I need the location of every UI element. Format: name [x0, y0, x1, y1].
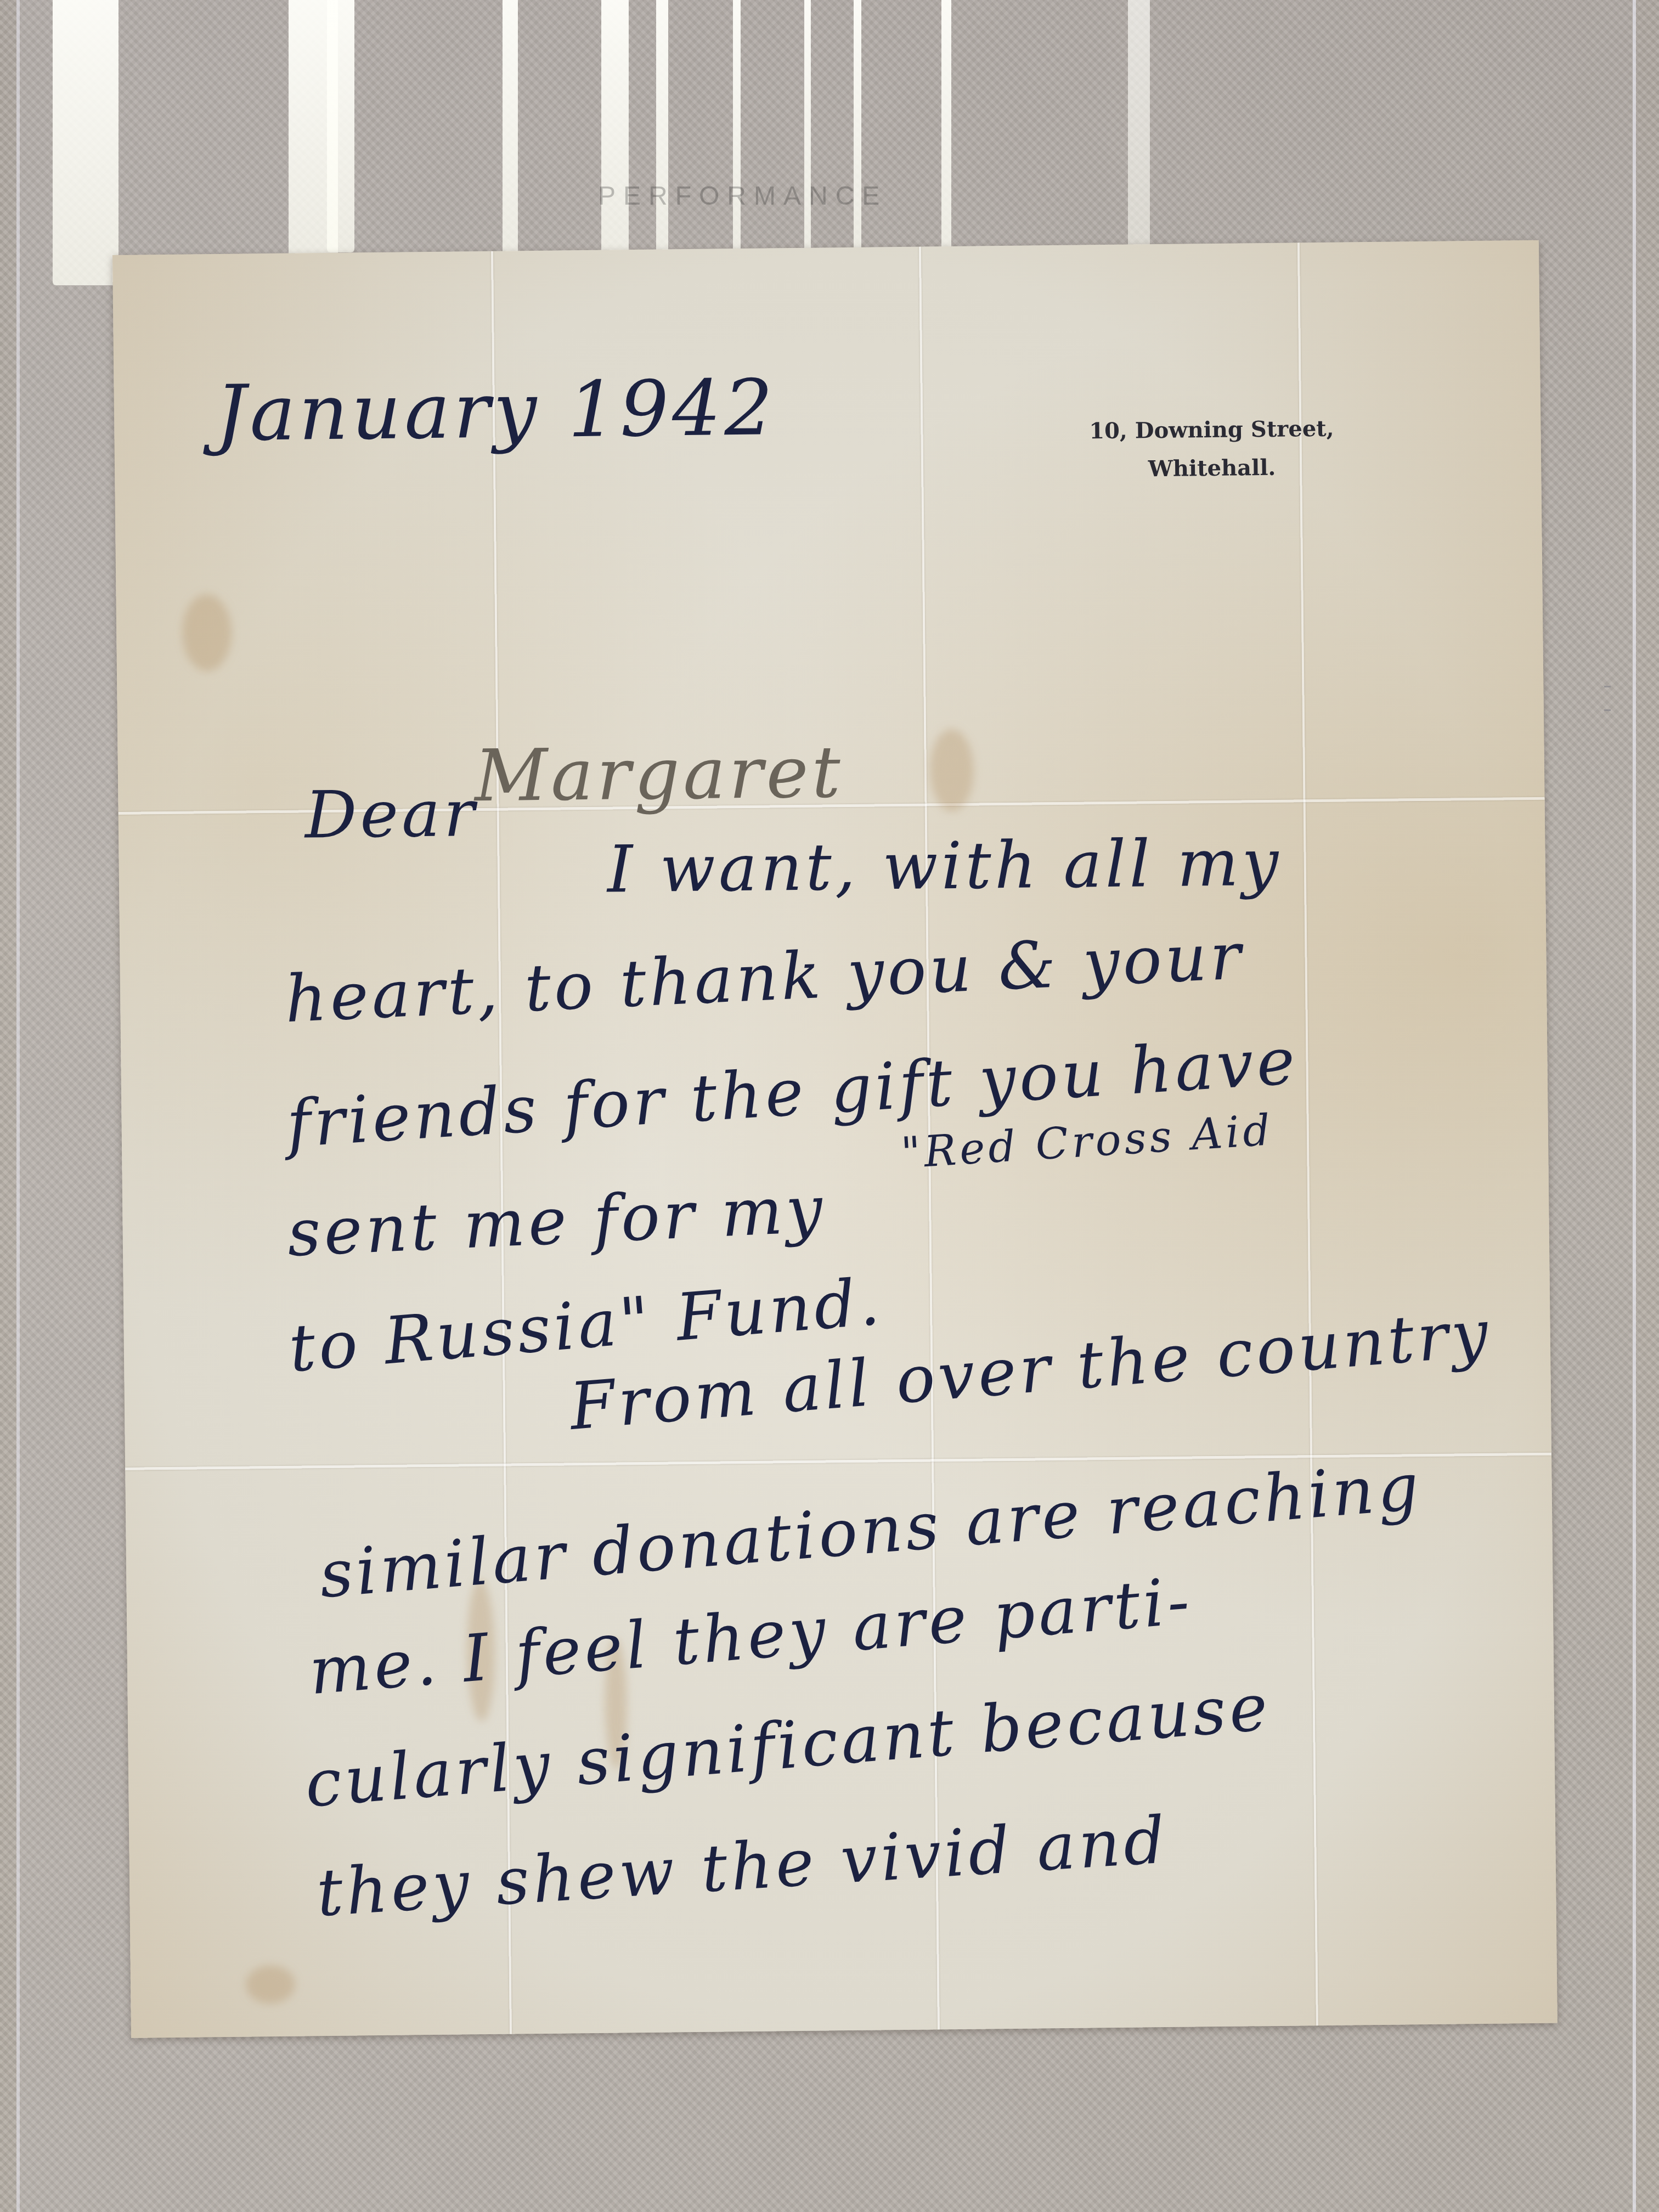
letterhead-address-line2: Whitehall. — [1069, 448, 1355, 489]
sleeve-glare — [656, 0, 668, 263]
sleeve-seam — [1604, 686, 1611, 711]
letterhead: 10, Downing Street, Whitehall. — [1069, 409, 1355, 489]
body-line: they shew the vivid and — [314, 1802, 1170, 1931]
sleeve-glare — [601, 0, 629, 263]
sleeve-glare — [941, 0, 951, 263]
show-through-text: PERFORMANCE — [598, 181, 887, 211]
age-stain — [929, 729, 974, 812]
salutation-name: Margaret — [474, 730, 844, 817]
body-line: I want, with all my — [607, 825, 1282, 907]
sleeve-glare — [733, 0, 741, 258]
sleeve-glare — [1128, 0, 1150, 263]
age-stain — [182, 594, 232, 672]
body-line: sent me for my — [286, 1171, 827, 1271]
sleeve-glare — [854, 0, 861, 258]
age-stain — [246, 1965, 296, 2004]
sleeve-glare — [804, 0, 811, 258]
letter-paper: 10, Downing Street, Whitehall. January 1… — [112, 240, 1558, 2038]
letter-date: January 1942 — [215, 363, 777, 459]
letterhead-address-line1: 10, Downing Street, — [1069, 409, 1355, 450]
body-line: heart, to thank you & your — [284, 918, 1246, 1037]
sleeve-glare — [503, 0, 518, 263]
fold-line — [1297, 242, 1318, 2025]
sleeve-glare — [327, 0, 354, 252]
sleeve-glare — [53, 0, 119, 285]
salutation-dear: Dear — [304, 775, 478, 853]
